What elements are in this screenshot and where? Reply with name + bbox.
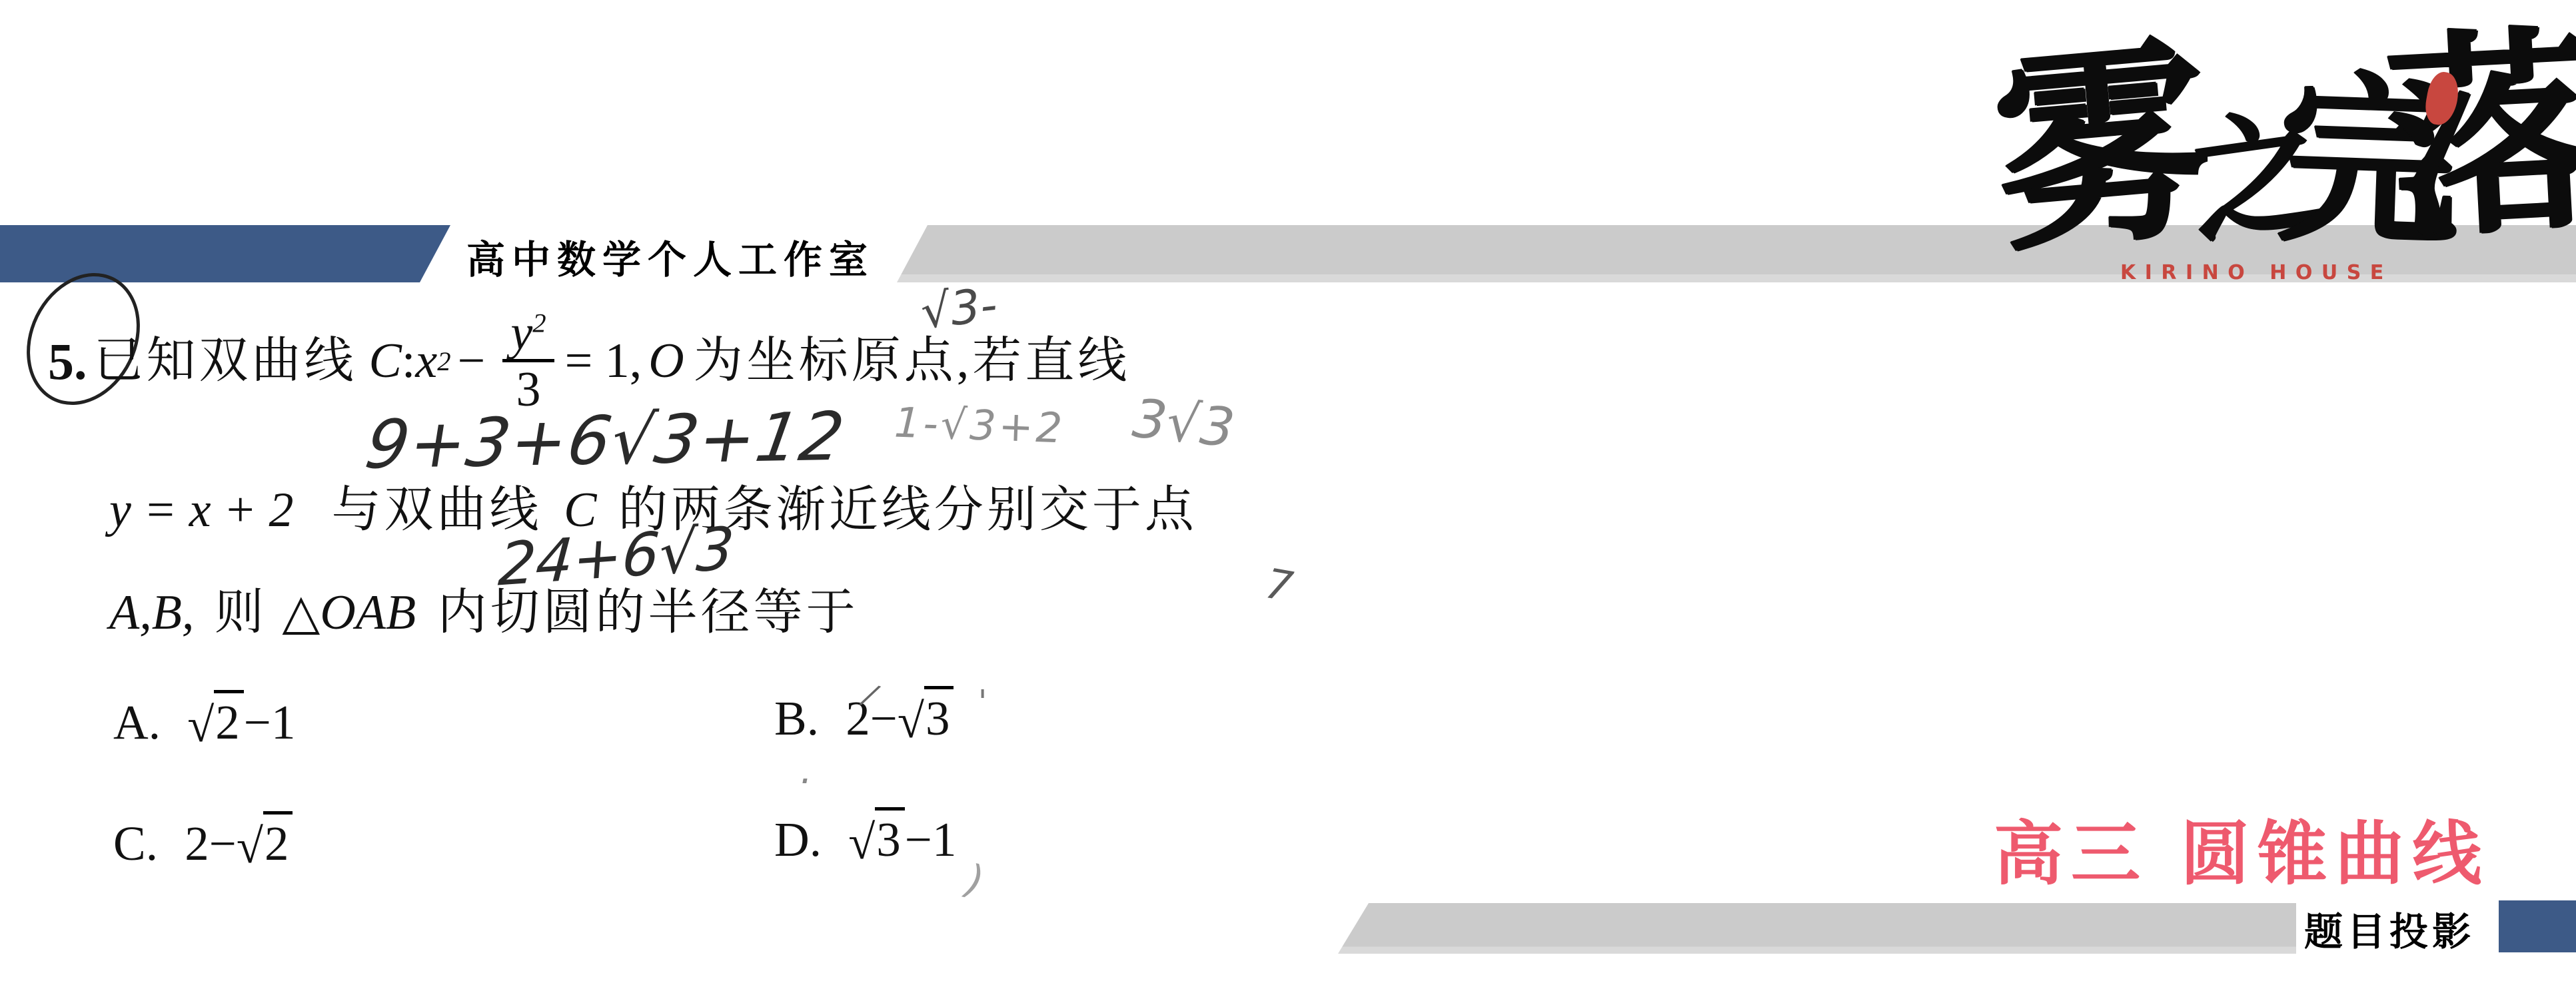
kirino-logo: 雾 之 完 落 KIRINO HOUSE [1992,32,2552,305]
line-equation: y = x + 2 [109,483,294,537]
problem-line-3: A,B, 则 △OAB 内切圆的半径等于 [109,585,859,641]
option-a-post: −1 [244,695,296,749]
bottom-blue-block [2499,900,2576,952]
fraction-y2-over-3: y2 3 [502,308,554,414]
triangle-oab: △OAB [282,585,416,640]
bottom-gray-bar [1338,903,2296,954]
sqrt: √3 [848,813,905,866]
logo-char: 落 [2381,23,2576,250]
handwritten-hook-mark: 7 [1263,563,1296,608]
option-d-label: D. [774,813,822,866]
option-c: C. 2−√2 [113,819,293,868]
frac-numerator-var: y [510,306,532,360]
sqrt: √3 [898,691,954,745]
option-b-radicand: 3 [924,686,954,745]
minus-sign: − [458,333,486,390]
header-studio-label: 高中数学个人工作室 [466,230,874,282]
handwritten-note-sqrt3: √3- [919,281,999,336]
logo-char: 雾 [1987,33,2218,264]
line1-post: 为坐标原点,若直线 [694,333,1131,390]
colon: : [402,333,416,390]
handwritten-work-2: 24+6√3 [496,519,736,594]
line3-then: 则 [215,585,267,640]
sqrt: √2 [237,817,293,870]
logo-subtitle: KIRINO HOUSE [2120,261,2393,284]
option-b-label: B. [774,691,819,745]
option-d-radicand: 3 [875,807,905,866]
slide: 高中数学个人工作室 雾 之 完 落 KIRINO HOUSE 5. 已知双曲线 … [0,0,2576,981]
topic-label: 高三 圆锥曲线 [1994,798,2489,898]
option-d-post: −1 [905,813,957,866]
x-var: x [415,333,437,390]
handwritten-tick-mark: ' [978,686,987,718]
option-a: A. √2−1 [113,698,295,747]
option-d: D. √3−1 [774,815,956,864]
handwritten-tick-mark: ) [964,859,987,902]
option-c-radicand: 2 [263,811,293,870]
line1-pre: 已知双曲线 [94,333,357,390]
sqrt: √2 [187,695,244,749]
handwritten-pencil-note-1: 1-√3+2 [894,402,1065,450]
handwritten-pencil-note-2: 3√3 [1130,392,1237,456]
handwritten-work-1: 9+3+6√3+12 [361,404,850,479]
option-c-pre: 2− [185,817,237,870]
option-a-radicand: 2 [214,690,244,749]
equals-one: = 1, [565,333,642,390]
projection-label: 题目投影 [2304,904,2475,952]
frac-numerator-exp: 2 [532,308,546,338]
points-ab: A,B, [109,585,194,640]
curve-label: C [369,333,402,390]
option-c-label: C. [113,817,158,870]
option-a-label: A. [113,695,161,749]
handwritten-tick-mark: · [798,763,810,801]
header-blue-banner [0,225,450,282]
problem-number: 5. [48,332,87,392]
origin-var: O [648,333,684,390]
